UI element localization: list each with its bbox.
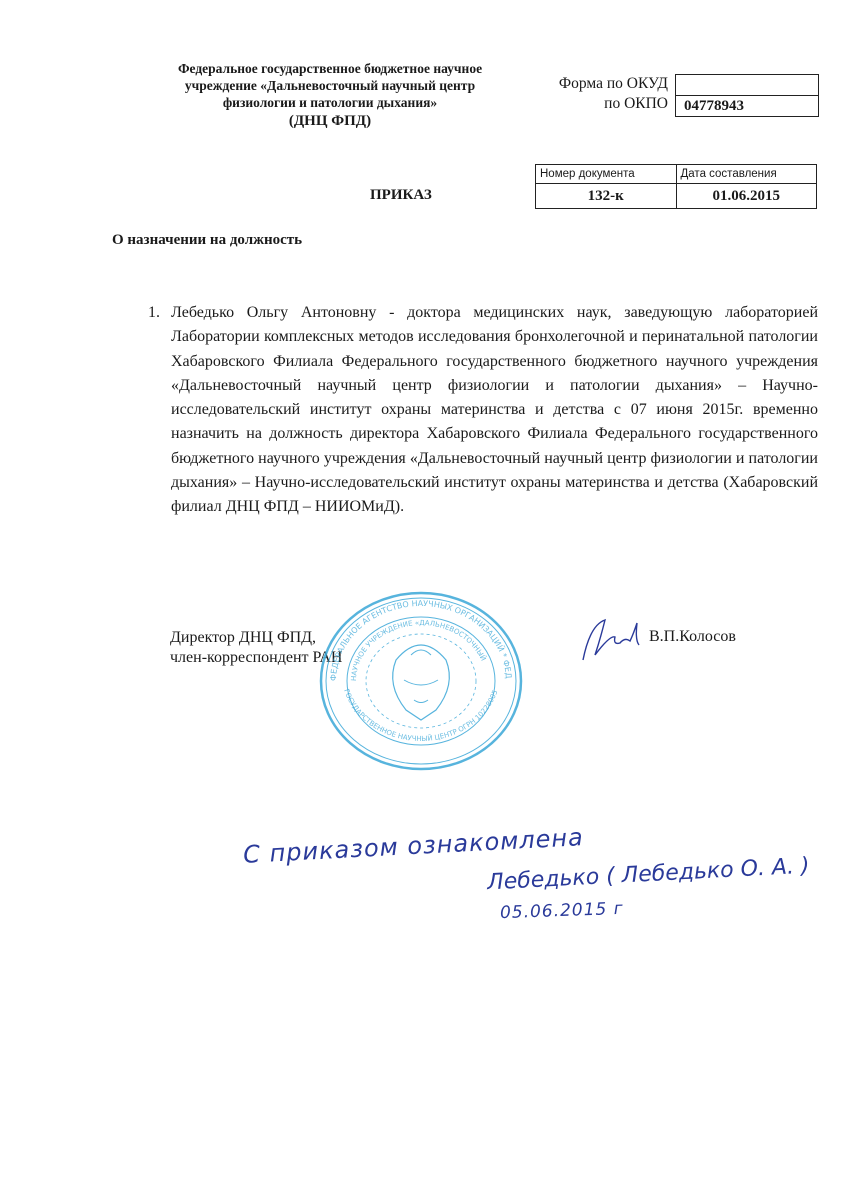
codes-box: 04778943 (675, 74, 819, 117)
organization-header: Федеральное государственное бюджетное на… (135, 60, 525, 130)
okud-value (676, 75, 818, 95)
doc-date-header: Дата составления (676, 165, 817, 184)
item-text: Лебедько Ольгу Антоновну - доктора медиц… (171, 301, 818, 520)
doc-date-value: 01.06.2015 (676, 184, 817, 209)
org-abbreviation: (ДНЦ ФПД) (135, 113, 525, 130)
document-number-table: Номер документа Дата составления 132-к 0… (535, 164, 817, 209)
document-subject: О назначении на должность (112, 232, 302, 249)
okpo-label: по ОКПО (530, 94, 668, 114)
svg-text:ГОСУДАРСТВЕННОЕ НАУЧНЫЙ ЦЕНТР: ГОСУДАРСТВЕННОЕ НАУЧНЫЙ ЦЕНТР ОГРН 10228… (316, 590, 500, 743)
acknowledgement-line: С приказом ознакомлена (243, 823, 585, 869)
doc-number-header: Номер документа (536, 165, 677, 184)
order-body: 1. Лебедько Ольгу Антоновну - доктора ме… (148, 301, 818, 520)
acknowledgement-date: 05.06.2015 г (500, 899, 624, 923)
okud-label: Форма по ОКУД (530, 74, 668, 94)
document-title: ПРИКАЗ (370, 187, 432, 204)
director-signature-icon (575, 615, 645, 665)
org-line-3: физиологии и патологии дыхания» (135, 94, 525, 111)
signer-name: В.П.Колосов (649, 628, 736, 646)
org-line-2: учреждение «Дальневосточный научный цент… (135, 77, 525, 94)
official-stamp-icon: ФЕДЕРАЛЬНОЕ АГЕНТСТВО НАУЧНЫХ ОРГАНИЗАЦИ… (316, 590, 526, 772)
acknowledgement-signature: Лебедько ( Лебедько О. А. ) (487, 854, 811, 896)
doc-number-value: 132-к (536, 184, 677, 209)
org-line-1: Федеральное государственное бюджетное на… (135, 60, 525, 77)
okpo-value: 04778943 (676, 95, 818, 116)
svg-text:ФЕДЕРАЛЬНОЕ АГЕНТСТВО НАУЧНЫХ: ФЕДЕРАЛЬНОЕ АГЕНТСТВО НАУЧНЫХ ОРГАНИЗАЦИ… (316, 590, 513, 681)
item-number: 1. (148, 301, 160, 325)
codes-labels: Форма по ОКУД по ОКПО (530, 74, 668, 114)
